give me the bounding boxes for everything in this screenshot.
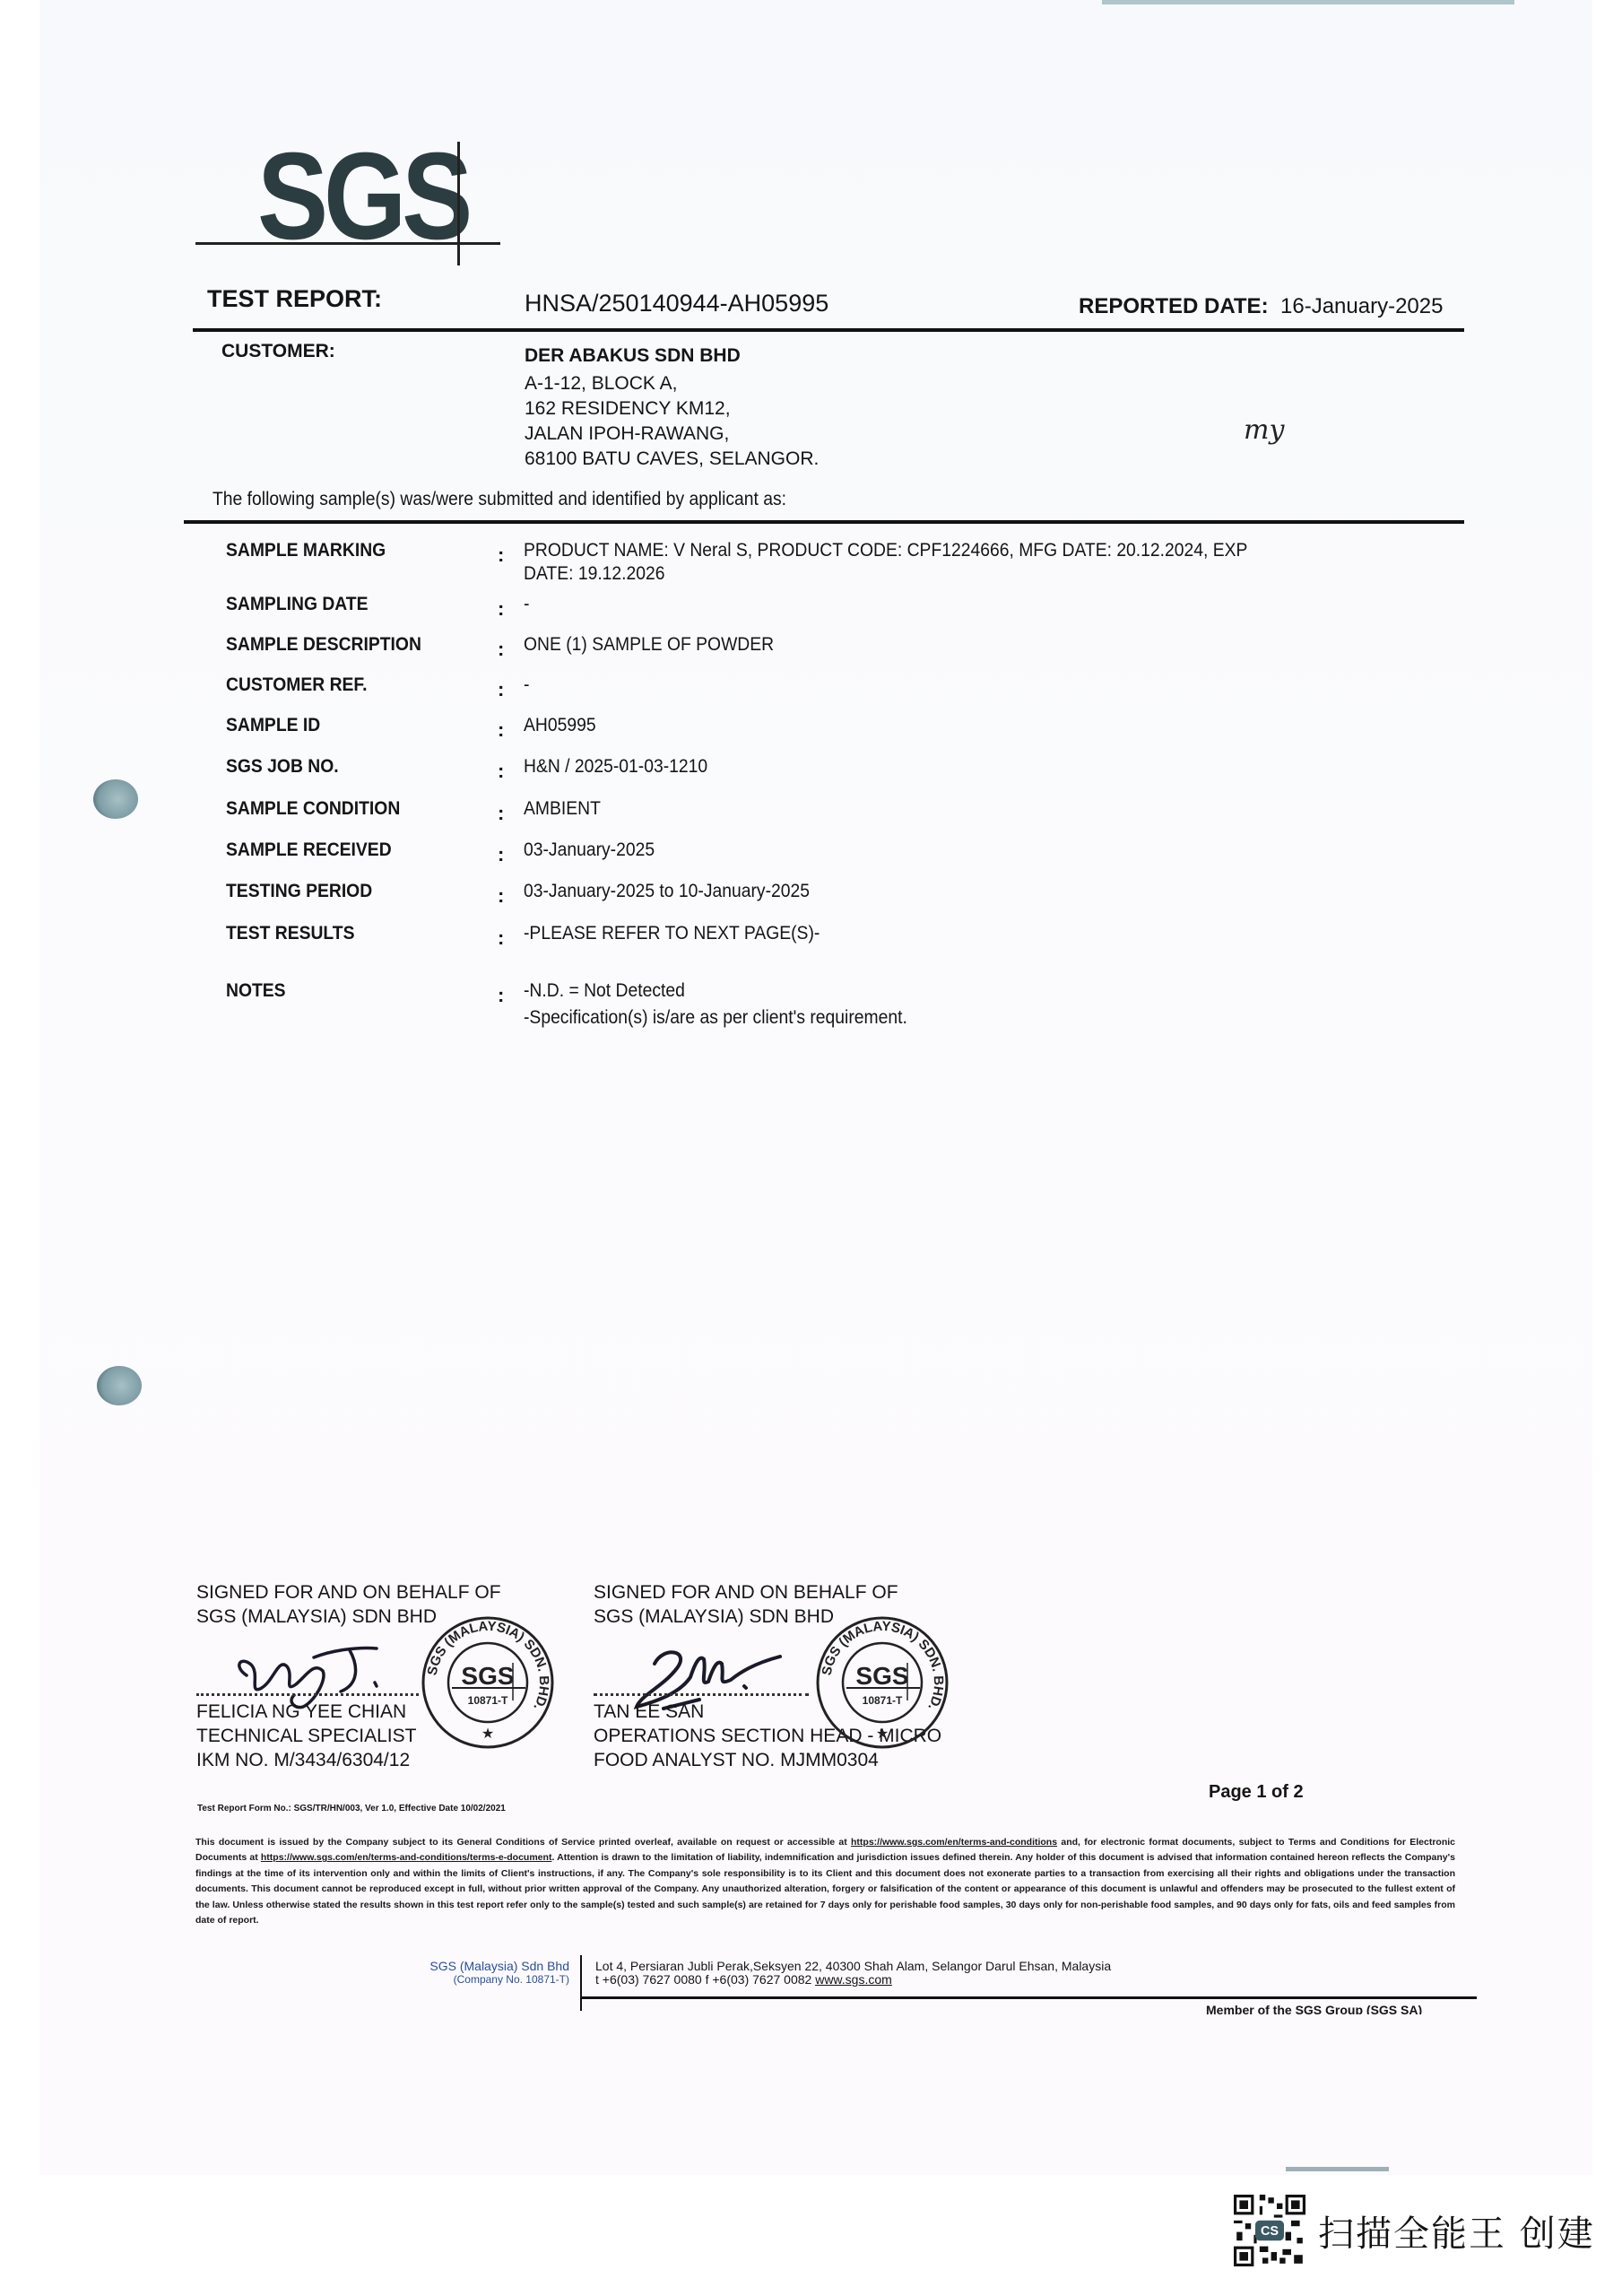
signatory-title: TECHNICAL SPECIALIST bbox=[196, 1724, 416, 1748]
e-document-terms-link[interactable]: https://www.sgs.com/en/terms-and-conditi… bbox=[261, 1852, 552, 1863]
form-number: Test Report Form No.: SGS/TR/HN/003, Ver… bbox=[197, 1804, 506, 1813]
intro-rule bbox=[184, 520, 1464, 524]
field-value: -PLEASE REFER TO NEXT PAGE(S)- bbox=[524, 922, 820, 945]
svg-text:★: ★ bbox=[876, 1726, 889, 1742]
footer-address: Lot 4, Persiaran Jubli Perak,Seksyen 22,… bbox=[595, 1960, 1111, 1973]
field-value: AH05995 bbox=[524, 714, 596, 737]
customer-label: CUSTOMER: bbox=[221, 341, 335, 362]
field-value-line: ONE (1) SAMPLE OF POWDER bbox=[524, 633, 774, 657]
disclaimer-text: This document is issued by the Company s… bbox=[195, 1837, 851, 1848]
scan-edge-artifact bbox=[1286, 2167, 1389, 2171]
field-value: 03-January-2025 bbox=[524, 839, 655, 862]
scan-edge-artifact bbox=[1102, 0, 1514, 4]
address-line: 162 RESIDENCY KM12, bbox=[525, 396, 819, 422]
field-value-line: DATE: 19.12.2026 bbox=[524, 562, 1247, 586]
punch-hole bbox=[97, 1366, 142, 1405]
customer-name: DER ABAKUS SDN BHD bbox=[525, 345, 741, 367]
legal-disclaimer: This document is issued by the Company s… bbox=[195, 1835, 1455, 1928]
field-value-line: - bbox=[524, 593, 529, 616]
field-label: SGS JOB NO. bbox=[226, 756, 339, 778]
field-label: SAMPLE DESCRIPTION bbox=[226, 634, 421, 656]
svg-text:SGS: SGS bbox=[461, 1662, 514, 1690]
customer-address: A-1-12, BLOCK A, 162 RESIDENCY KM12, JAL… bbox=[525, 371, 819, 472]
field-colon: : bbox=[498, 678, 504, 701]
logo-rule bbox=[195, 242, 500, 245]
field-value-line: -N.D. = Not Detected bbox=[524, 979, 907, 1003]
field-value-line: AH05995 bbox=[524, 714, 596, 737]
field-colon: : bbox=[498, 544, 504, 567]
field-colon: : bbox=[498, 760, 504, 783]
field-value-line: AMBIENT bbox=[524, 797, 601, 821]
field-value: PRODUCT NAME: V Neral S, PRODUCT CODE: C… bbox=[524, 539, 1247, 586]
signatory-reg: FOOD ANALYST NO. MJMM0304 bbox=[594, 1748, 941, 1772]
footer-company-no: (Company No. 10871-T) bbox=[377, 1973, 569, 1987]
field-label: SAMPLE RECEIVED bbox=[226, 839, 392, 861]
address-line: A-1-12, BLOCK A, bbox=[525, 371, 819, 396]
field-value-line: - bbox=[524, 674, 529, 697]
field-colon: : bbox=[498, 718, 504, 742]
signatory-1-details: FELICIA NG YEE CHIAN TECHNICAL SPECIALIS… bbox=[196, 1700, 416, 1772]
field-value: H&N / 2025-01-03-1210 bbox=[524, 755, 707, 778]
signature-line bbox=[196, 1693, 419, 1696]
field-label: NOTES bbox=[226, 980, 286, 1002]
field-colon: : bbox=[498, 884, 504, 908]
watermark-text: 扫描全能王 创建 bbox=[1318, 2205, 1595, 2257]
signatory-reg: IKM NO. M/3434/6304/12 bbox=[196, 1748, 416, 1772]
field-value-line: 03-January-2025 bbox=[524, 839, 655, 862]
field-label: TEST RESULTS bbox=[226, 923, 354, 944]
footer-company: SGS (Malaysia) Sdn Bhd (Company No. 1087… bbox=[377, 1960, 569, 1987]
logo-rule bbox=[457, 142, 460, 265]
intro-text: The following sample(s) was/were submitt… bbox=[213, 489, 786, 510]
footer-address-block: Lot 4, Persiaran Jubli Perak,Seksyen 22,… bbox=[595, 1960, 1111, 1987]
signature-line bbox=[594, 1693, 809, 1696]
signatory-name: FELICIA NG YEE CHIAN bbox=[196, 1700, 416, 1724]
footer-company-name: SGS (Malaysia) Sdn Bhd bbox=[377, 1960, 569, 1973]
reported-date-label: REPORTED DATE: bbox=[1079, 294, 1269, 319]
footer-rule bbox=[580, 1996, 1477, 1999]
field-value: 03-January-2025 to 10-January-2025 bbox=[524, 880, 810, 903]
svg-text:SGS: SGS bbox=[855, 1662, 908, 1690]
field-colon: : bbox=[498, 638, 504, 661]
field-colon: : bbox=[498, 843, 504, 866]
header-rule bbox=[193, 328, 1464, 332]
svg-text:10871-T: 10871-T bbox=[863, 1694, 903, 1707]
svg-text:10871-T: 10871-T bbox=[468, 1694, 508, 1707]
field-value: - bbox=[524, 593, 529, 616]
handwritten-note: my bbox=[1244, 414, 1284, 446]
qr-code-icon: CS bbox=[1234, 2195, 1305, 2266]
field-value-line: H&N / 2025-01-03-1210 bbox=[524, 755, 707, 778]
field-label: CUSTOMER REF. bbox=[226, 674, 367, 696]
field-label: SAMPLE ID bbox=[226, 715, 320, 736]
address-line: 68100 BATU CAVES, SELANGOR. bbox=[525, 447, 819, 472]
svg-text:CS: CS bbox=[1261, 2224, 1279, 2239]
field-value-line: -PLEASE REFER TO NEXT PAGE(S)- bbox=[524, 922, 820, 945]
disclaimer-text: . Attention is drawn to the limitation o… bbox=[195, 1852, 1455, 1926]
reported-date: 16-January-2025 bbox=[1280, 294, 1443, 319]
signed-for-line: SIGNED FOR AND ON BEHALF OF bbox=[196, 1580, 501, 1605]
field-value-line: -Specification(s) is/are as per client's… bbox=[524, 1006, 907, 1030]
field-value: - bbox=[524, 674, 529, 697]
field-value: ONE (1) SAMPLE OF POWDER bbox=[524, 633, 774, 657]
svg-text:★: ★ bbox=[481, 1726, 494, 1742]
field-label: SAMPLE MARKING bbox=[226, 540, 386, 561]
signed-for-line: SIGNED FOR AND ON BEHALF OF bbox=[594, 1580, 898, 1605]
field-colon: : bbox=[498, 984, 504, 1007]
address-line: JALAN IPOH-RAWANG, bbox=[525, 422, 819, 447]
footer-phone: t +6(03) 7627 0080 f +6(03) 7627 0082 bbox=[595, 1972, 811, 1987]
field-value: -N.D. = Not Detected-Specification(s) is… bbox=[524, 979, 907, 1030]
punch-hole bbox=[93, 779, 138, 819]
field-value: AMBIENT bbox=[524, 797, 601, 821]
field-label: SAMPLE CONDITION bbox=[226, 798, 400, 820]
field-colon: : bbox=[498, 802, 504, 825]
footer-website-link[interactable]: www.sgs.com bbox=[815, 1972, 892, 1987]
field-value-line: 03-January-2025 to 10-January-2025 bbox=[524, 880, 810, 903]
footer-member: Member of the SGS Group (SGS SA) bbox=[1206, 2003, 1422, 2014]
terms-link[interactable]: https://www.sgs.com/en/terms-and-conditi… bbox=[851, 1837, 1057, 1848]
field-label: SAMPLING DATE bbox=[226, 594, 368, 615]
page-number: Page 1 of 2 bbox=[1209, 1782, 1304, 1803]
field-colon: : bbox=[498, 926, 504, 950]
scanner-watermark: CS 扫描全能王 创建 bbox=[1234, 2195, 1595, 2266]
field-colon: : bbox=[498, 597, 504, 621]
test-report-number: HNSA/250140944-AH05995 bbox=[525, 290, 828, 317]
company-seal-stamp: SGS (MALAYSIA) SDN. BHD. SGS 10871-T ★ bbox=[814, 1614, 950, 1751]
company-seal-stamp: SGS (MALAYSIA) SDN. BHD. SGS 10871-T ★ bbox=[420, 1614, 556, 1751]
test-report-label: TEST REPORT: bbox=[207, 285, 382, 313]
sgs-logo: SGS bbox=[257, 135, 468, 258]
field-value-line: PRODUCT NAME: V Neral S, PRODUCT CODE: C… bbox=[524, 539, 1247, 562]
footer-divider bbox=[580, 1955, 582, 2011]
field-label: TESTING PERIOD bbox=[226, 881, 372, 902]
